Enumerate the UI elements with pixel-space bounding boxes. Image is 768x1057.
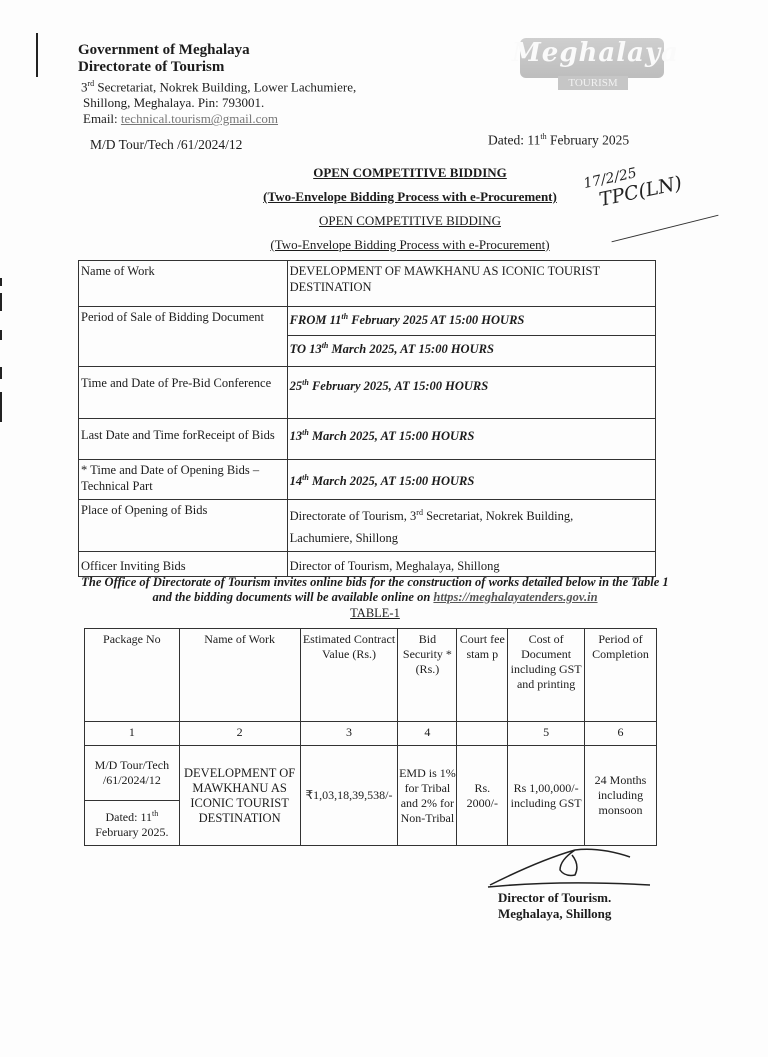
table-row: Time and Date of Pre-Bid Conference 25th… [79,367,656,419]
table-row: Place of Opening of Bids Directorate of … [79,500,656,552]
header-cost-of-document: Cost of Document including GST and print… [508,629,585,722]
title-1: OPEN COMPETITIVE BIDDING [200,161,620,185]
signature-block: Director of Tourism. Meghalaya, Shillong [498,890,611,922]
receipt-value: 13th March 2025, AT 15:00 HOURS [287,419,655,460]
signatory-title: Director of Tourism. [498,890,611,906]
margin-mark [36,33,38,77]
table-number-row: 1 2 3 4 5 6 [85,722,657,746]
column-number: 6 [585,722,657,746]
meghalaya-tourism-logo: Meghalaya TOURISM [512,32,672,90]
column-number: 1 [85,722,180,746]
subtitle-1: (Two-Envelope Bidding Process with e-Pro… [200,185,620,209]
period-of-completion: 24 Months including monsoon [585,746,657,846]
name-of-work: DEVELOPMENT OF MAWKHANU AS ICONIC TOURIS… [179,746,300,846]
name-of-work-label: Name of Work [79,261,288,307]
address-line-1: 3rd Secretariat, Nokrek Building, Lower … [81,76,438,95]
bid-summary-table: Name of Work DEVELOPMENT OF MAWKHANU AS … [78,260,656,577]
dated: Dated: 11th February 2025 [488,129,629,149]
opening-label: * Time and Date of Opening Bids – Techni… [79,460,288,500]
government-name: Government of Meghalaya [78,42,438,59]
cost-of-document: Rs 1,00,000/- including GST [508,746,585,846]
prebid-label: Time and Date of Pre-Bid Conference [79,367,288,419]
column-number: 2 [179,722,300,746]
sale-to: TO 13th March 2025, AT 15:00 HOURS [287,336,655,367]
email-line: Email: technical.tourism@gmail.com [83,111,438,127]
margin-mark [0,330,2,340]
table-row: * Time and Date of Opening Bids – Techni… [79,460,656,500]
court-fee: Rs. 2000/- [457,746,508,846]
estimated-value: ₹1,03,18,39,538/- [300,746,398,846]
name-of-work-value: DEVELOPMENT OF MAWKHANU AS ICONIC TOURIS… [287,261,655,307]
table-row: Last Date and Time forReceipt of Bids 13… [79,419,656,460]
sale-period-label: Period of Sale of Bidding Document [79,307,288,367]
letterhead: Government of Meghalaya Directorate of T… [78,42,438,127]
table-row: Officer Inviting Bids Director of Touris… [79,552,656,577]
header-period: Period of Completion [585,629,657,722]
email-link[interactable]: technical.tourism@gmail.com [121,111,278,126]
margin-mark [0,278,2,286]
table-row: Name of Work DEVELOPMENT OF MAWKHANU AS … [79,261,656,307]
notice-paragraph: The Office of Directorate of Tourism inv… [80,575,670,621]
margin-mark [0,392,2,422]
package-no: M/D Tour/Tech /61/2024/12 [85,746,180,801]
header-court-fee: Court fee stam p [457,629,508,722]
place-label: Place of Opening of Bids [79,500,288,552]
officer-label: Officer Inviting Bids [79,552,288,577]
bid-security: EMD is 1% for Tribal and 2% for Non-Trib… [398,746,457,846]
works-table: Package No Name of Work Estimated Contra… [84,628,657,846]
prebid-value: 25th February 2025, AT 15:00 HOURS [287,367,655,419]
handwritten-stroke [612,215,719,243]
table-caption: TABLE-1 [80,606,670,621]
header-estimated-value: Estimated Contract Value (Rs.) [300,629,398,722]
margin-mark [0,367,2,379]
margin-mark [0,293,2,311]
title-2: OPEN COMPETITIVE BIDDING [200,209,620,233]
subtitle-2: (Two-Envelope Bidding Process with e-Pro… [200,233,620,257]
column-number: 3 [300,722,398,746]
reference-number: M/D Tour/Tech /61/2024/12 [90,137,242,153]
package-dated: Dated: 11th February 2025. [85,801,180,846]
header-package-no: Package No [85,629,180,722]
officer-value: Director of Tourism, Meghalaya, Shillong [287,552,655,577]
tenders-link[interactable]: https://meghalayatenders.gov.in [433,590,597,604]
column-number [457,722,508,746]
table-row: M/D Tour/Tech /61/2024/12 DEVELOPMENT OF… [85,746,657,801]
receipt-label: Last Date and Time forReceipt of Bids [79,419,288,460]
signatory-location: Meghalaya, Shillong [498,906,611,922]
department-name: Directorate of Tourism [78,59,438,76]
table-row: Period of Sale of Bidding Document FROM … [79,307,656,336]
address-line-2: Shillong, Meghalaya. Pin: 793001. [83,95,438,111]
opening-value: 14th March 2025, AT 15:00 HOURS [287,460,655,500]
table-header-row: Package No Name of Work Estimated Contra… [85,629,657,722]
titles: OPEN COMPETITIVE BIDDING (Two-Envelope B… [200,161,620,257]
sale-from: FROM 11th February 2025 AT 15:00 HOURS [287,307,655,336]
column-number: 4 [398,722,457,746]
header-name-of-work: Name of Work [179,629,300,722]
signature-icon [480,845,660,895]
place-value: Directorate of Tourism, 3rd Secretariat,… [287,500,655,552]
column-number: 5 [508,722,585,746]
header-bid-security: Bid Security * (Rs.) [398,629,457,722]
